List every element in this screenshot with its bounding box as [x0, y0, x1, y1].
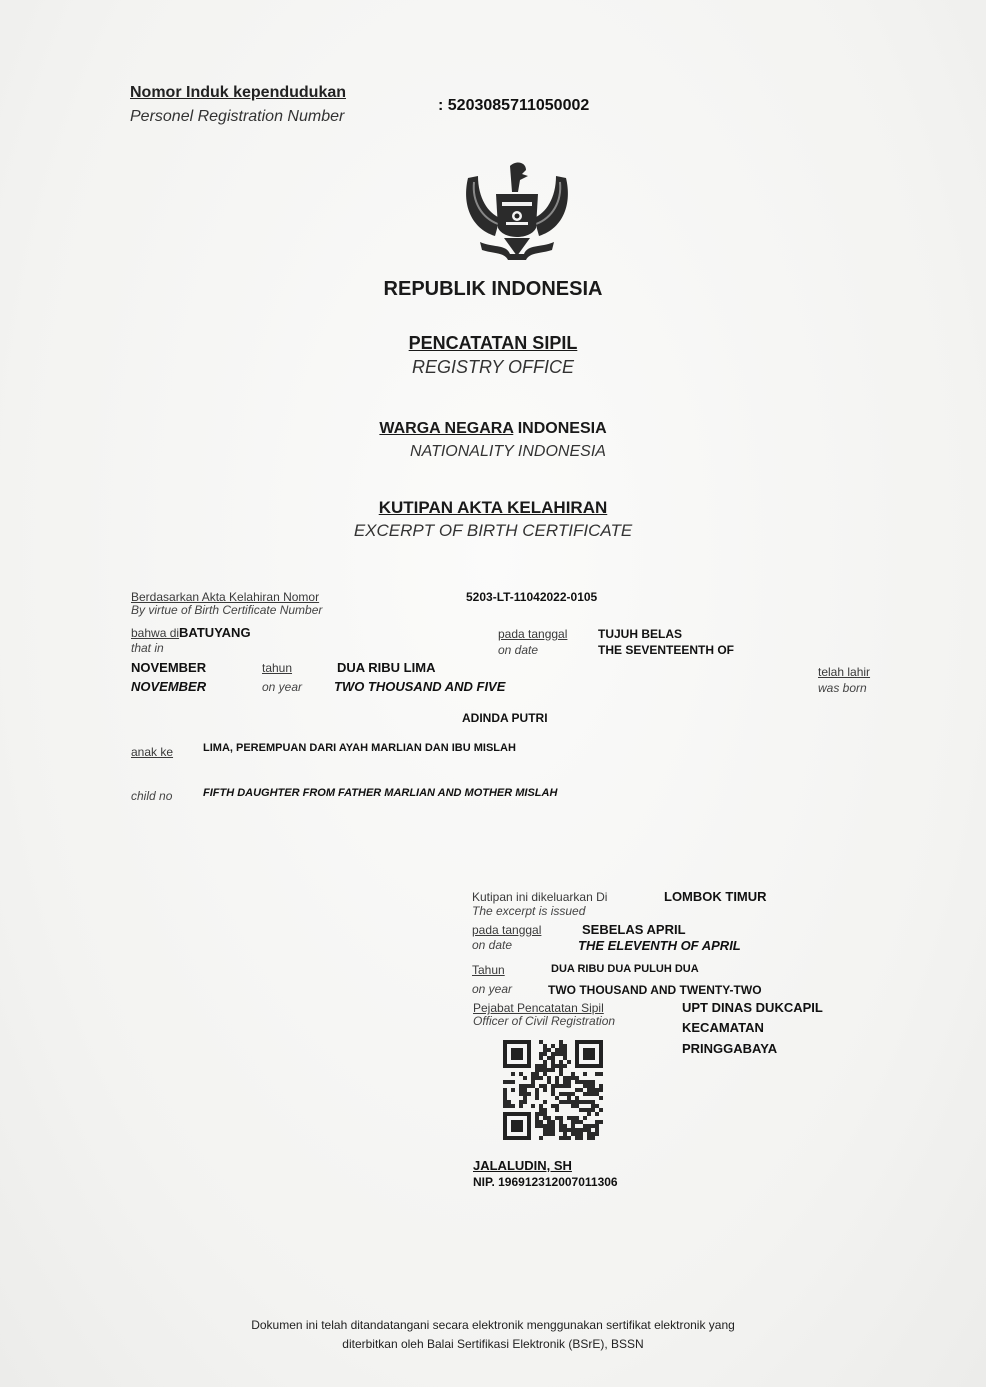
issued-label: Kutipan ini dikeluarkan Di: [472, 890, 607, 904]
document-title: KUTIPAN AKTA KELAHIRAN: [0, 498, 986, 518]
nik-label-en: Personel Registration Number: [130, 108, 344, 126]
child-no-value-en: FIFTH DAUGHTER FROM FATHER MARLIAN AND M…: [203, 787, 557, 799]
issued-label-en: The excerpt is issued: [472, 904, 585, 918]
birth-date-value: TUJUH BELAS: [598, 627, 682, 641]
birth-year-en: TWO THOUSAND AND FIVE: [334, 679, 505, 694]
issue-date-value-en: THE ELEVENTH OF APRIL: [578, 938, 741, 953]
issue-year-value-en: TWO THOUSAND AND TWENTY-TWO: [548, 983, 762, 997]
issue-date-value: SEBELAS APRIL: [582, 922, 686, 937]
document-title-en: EXCERPT OF BIRTH CERTIFICATE: [0, 521, 986, 541]
signatory-name: JALALUDIN, SH: [473, 1158, 572, 1173]
year-label: tahun: [262, 661, 292, 675]
birth-date-label: pada tanggal: [498, 627, 567, 641]
nationality-value: INDONESIA: [518, 420, 607, 437]
child-no-value: LIMA, PEREMPUAN DARI AYAH MARLIAN DAN IB…: [203, 742, 516, 754]
qr-code-icon[interactable]: [503, 1040, 603, 1140]
office-title-en: REGISTRY OFFICE: [0, 357, 986, 378]
cert-no-value: 5203-LT-11042022-0105: [466, 590, 597, 604]
e-signature-notice: Dokumen ini telah ditandatangani secara …: [0, 1316, 986, 1354]
nik-value: : 5203085711050002: [438, 97, 589, 115]
cert-no-label: Berdasarkan Akta Kelahiran Nomor: [131, 590, 319, 604]
issue-year-label-en: on year: [472, 982, 512, 996]
footer-line-1: Dokumen ini telah ditandatangani secara …: [0, 1316, 986, 1335]
birth-date-label-en: on date: [498, 643, 538, 657]
issue-date-label: pada tanggal: [472, 923, 541, 937]
nationality-en: NATIONALITY INDONESIA: [0, 443, 986, 461]
cert-no-label-en: By virtue of Birth Certificate Number: [131, 603, 322, 617]
office-title: PENCATATAN SIPIL: [0, 333, 986, 354]
birth-certificate-page: Nomor Induk kependudukan Personel Regist…: [0, 0, 986, 1387]
officer-label: Pejabat Pencatatan Sipil: [473, 1001, 604, 1015]
born-label-en: was born: [818, 681, 867, 695]
issued-value: LOMBOK TIMUR: [664, 889, 767, 904]
birth-month-en: NOVEMBER: [131, 679, 206, 694]
birth-place-line: bahwa diBATUYANG: [131, 624, 251, 642]
place-label: bahwa di: [131, 626, 179, 640]
republic-title: REPUBLIK INDONESIA: [0, 278, 986, 301]
place-label-en: that in: [131, 641, 164, 655]
officer-org-2: KECAMATAN: [682, 1020, 764, 1035]
year-label-en: on year: [262, 680, 302, 694]
nationality-label: WARGA NEGARA: [379, 420, 513, 437]
issue-year-value: DUA RIBU DUA PULUH DUA: [551, 963, 699, 975]
signatory-nip: NIP. 196912312007011306: [473, 1175, 618, 1189]
place-value: BATUYANG: [179, 625, 251, 640]
issue-year-label: Tahun: [472, 963, 505, 977]
child-no-label: anak ke: [131, 745, 173, 759]
born-label: telah lahir: [818, 665, 870, 679]
officer-org-3: PRINGGABAYA: [682, 1041, 777, 1056]
child-no-label-en: child no: [131, 789, 172, 803]
officer-label-en: Officer of Civil Registration: [473, 1014, 615, 1028]
birth-year: DUA RIBU LIMA: [337, 660, 435, 675]
footer-line-2: diterbitkan oleh Balai Sertifikasi Elekt…: [0, 1335, 986, 1354]
garuda-emblem-icon: [460, 158, 574, 266]
nik-label: Nomor Induk kependudukan: [130, 84, 346, 102]
birth-date-value-en: THE SEVENTEENTH OF: [598, 643, 734, 657]
birth-month: NOVEMBER: [131, 660, 206, 675]
issue-date-label-en: on date: [472, 938, 512, 952]
officer-org-1: UPT DINAS DUKCAPIL: [682, 1000, 823, 1015]
nationality-line: WARGA NEGARA INDONESIA: [0, 420, 986, 438]
child-name: ADINDA PUTRI: [462, 711, 548, 725]
